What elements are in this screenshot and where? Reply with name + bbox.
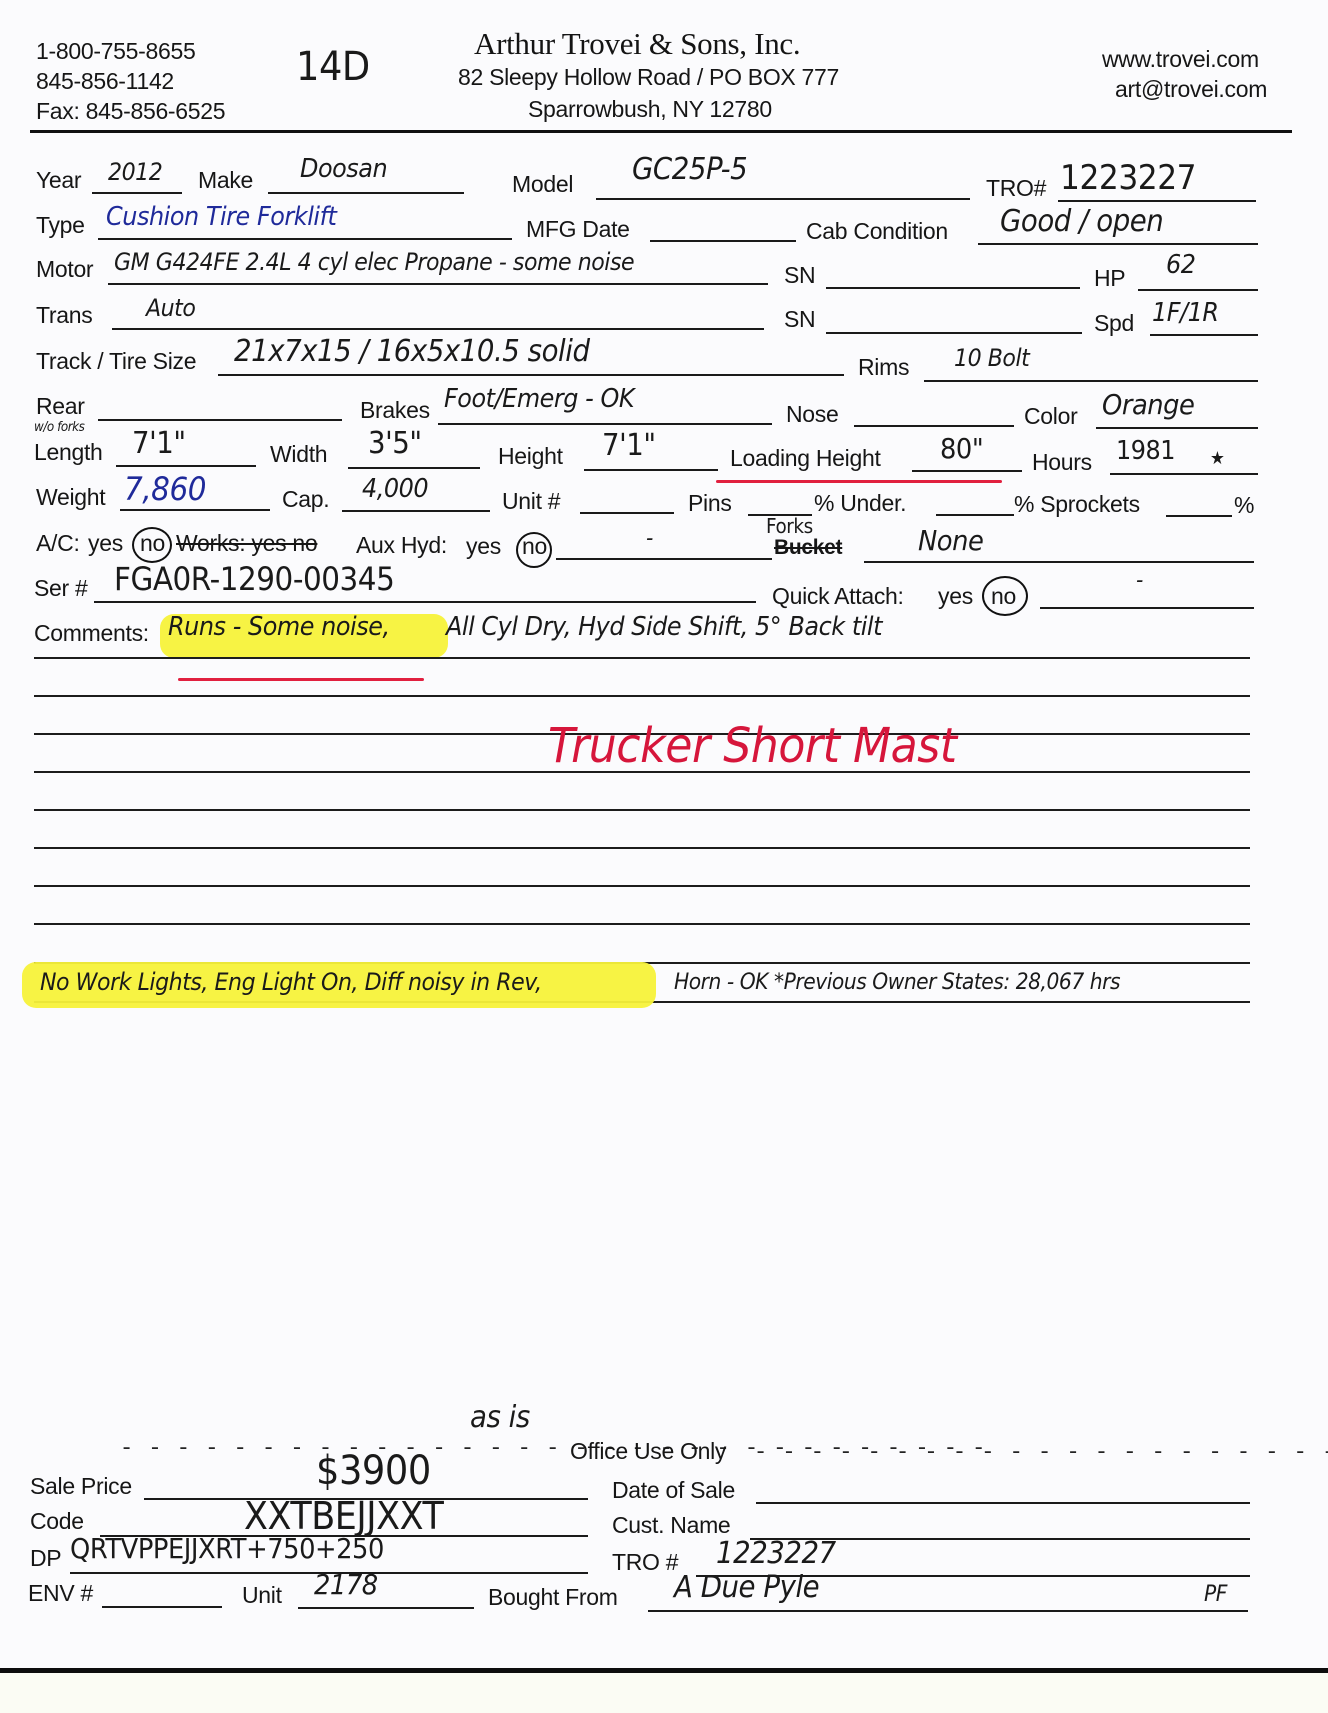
comment-line1-rest: All Cyl Dry, Hyd Side Shift, 5° Back til… (446, 612, 882, 642)
dp-label: DP (30, 1545, 61, 1572)
tire-size-label: Track / Tire Size (36, 348, 196, 375)
bought-from-label: Bought From (488, 1584, 618, 1611)
company-name: Arthur Trovei & Sons, Inc. (474, 26, 800, 62)
length-note: w/o forks (34, 420, 84, 435)
sale-price-value[interactable]: $3900 (316, 1448, 431, 1494)
brakes-label: Brakes (360, 397, 430, 424)
weight-value[interactable]: 7,860 (124, 470, 206, 508)
phone: 845-856-1142 (36, 68, 174, 95)
weight-label: Weight (36, 484, 105, 511)
sprockets-label: % Sprockets (1014, 491, 1140, 518)
comment-highlighted-1: Runs - Some noise, (168, 612, 390, 642)
comment-rule-8 (34, 923, 1250, 925)
model-label: Model (512, 171, 573, 198)
env-label: ENV # (28, 1580, 93, 1607)
cap-line (342, 510, 490, 512)
aux-hyd-yes-option[interactable]: yes (466, 533, 501, 560)
type-label: Type (36, 212, 85, 239)
office-title: Office Use Only (570, 1438, 726, 1465)
quick-attach-yes-option[interactable]: yes (938, 583, 973, 610)
unit-label-office: Unit (242, 1582, 282, 1609)
brakes-line (438, 423, 772, 425)
comment-rule-6 (34, 847, 1250, 849)
bought-from-value[interactable]: A Due Pyle (674, 1570, 819, 1605)
aux-hyd-value[interactable]: - (646, 526, 653, 551)
address-line1: 82 Sleepy Hollow Road / PO BOX 777 (458, 64, 839, 91)
env-line (102, 1606, 222, 1608)
aux-hyd-label: Aux Hyd: (356, 532, 447, 559)
dp-value[interactable]: QRTVPPEJJXRT+750+250 (70, 1532, 384, 1565)
comment-highlighted-2: No Work Lights, Eng Light On, Diff noisy… (40, 968, 542, 996)
length-line (116, 465, 256, 467)
tire-size-value[interactable]: 21x7x15 / 16x5x10.5 solid (234, 334, 590, 369)
bucket-label-struck: Bucket (774, 536, 842, 560)
loading-height-value[interactable]: 80" (940, 432, 983, 465)
office-tro-value[interactable]: 1223227 (716, 1536, 836, 1571)
sn1-label: SN (784, 262, 815, 289)
motor-label: Motor (36, 256, 93, 283)
office-dash-right: - - - - - - - - - - - - - - - - - - - - … (754, 1440, 1328, 1465)
as-is-note: as is (470, 1400, 530, 1435)
red-note: Trucker Short Mast (548, 718, 957, 774)
aux-hyd-line (556, 558, 772, 560)
cap-label: Cap. (282, 486, 329, 513)
hours-label: Hours (1032, 449, 1092, 476)
quick-attach-label: Quick Attach: (772, 583, 904, 610)
color-value[interactable]: Orange (1102, 388, 1194, 421)
height-label: Height (498, 443, 563, 470)
spd-value[interactable]: 1F/1R (1152, 298, 1219, 328)
unit-value-office[interactable]: 2178 (314, 1568, 378, 1601)
spd-line (1150, 334, 1258, 336)
code-label: Code (30, 1508, 84, 1535)
ser-value[interactable]: FGA0R-1290-00345 (114, 560, 394, 598)
ac-no-selected-circle (132, 527, 172, 563)
ac-yes-option[interactable]: yes (88, 530, 123, 557)
brakes-value[interactable]: Foot/Emerg - OK (444, 384, 634, 414)
bought-from-line (648, 1610, 1248, 1612)
motor-line (108, 283, 768, 285)
rear-line (98, 419, 342, 421)
model-line (596, 198, 970, 200)
unit-label: Unit # (502, 488, 560, 515)
cust-name-label: Cust. Name (612, 1512, 730, 1539)
make-value[interactable]: Doosan (300, 154, 387, 184)
bucket-value[interactable]: None (918, 524, 983, 557)
rims-value[interactable]: 10 Bolt (954, 344, 1029, 372)
quick-attach-line (1040, 607, 1254, 609)
loading-height-line (912, 470, 1022, 472)
hours-value[interactable]: 1981 (1116, 436, 1175, 466)
year-label: Year (36, 167, 81, 194)
model-value[interactable]: GC25P-5 (632, 152, 747, 187)
hp-line (1138, 289, 1258, 291)
comment-line9-rest: Horn - OK *Previous Owner States: 28,067… (674, 970, 1120, 995)
under-line (936, 514, 1014, 516)
rims-label: Rims (858, 354, 909, 381)
type-value[interactable]: Cushion Tire Forklift (106, 202, 336, 232)
cab-condition-line (978, 243, 1258, 245)
unit-line-office (298, 1607, 474, 1609)
make-label: Make (198, 167, 253, 194)
sprockets-suffix: % (1234, 492, 1254, 519)
tire-size-line (218, 374, 844, 376)
mfg-date-line (650, 240, 796, 242)
works-label-struck: Works: yes no (176, 530, 317, 557)
cab-condition-label: Cab Condition (806, 218, 948, 245)
nose-label: Nose (786, 401, 839, 428)
comments-label: Comments: (34, 620, 149, 647)
motor-value[interactable]: GM G424FE 2.4L 4 cyl elec Propane - some… (114, 248, 634, 276)
nose-line (854, 425, 1014, 427)
email-link[interactable]: art@trovei.com (1115, 76, 1267, 103)
tro-label: TRO# (986, 175, 1046, 202)
sprockets-line (1166, 515, 1232, 517)
tro-value[interactable]: 1223227 (1060, 158, 1196, 198)
rear-label: Rear (36, 393, 85, 420)
rims-line (924, 380, 1258, 382)
handwritten-code: 14D (296, 44, 370, 90)
comment-rule-5 (34, 809, 1250, 811)
hp-value[interactable]: 62 (1166, 250, 1196, 280)
forks-replacement: Forks (766, 514, 813, 538)
length-value[interactable]: 7'1" (132, 426, 186, 461)
bucket-line (864, 561, 1254, 563)
unit-line (580, 512, 674, 514)
height-line (584, 469, 718, 471)
year-value[interactable]: 2012 (108, 158, 162, 186)
quick-attach-value[interactable]: - (1136, 568, 1143, 593)
aux-hyd-no-selected-circle (516, 532, 552, 568)
fax: Fax: 845-856-6525 (36, 98, 225, 125)
pins-label: Pins (688, 490, 732, 517)
date-of-sale-line (756, 1502, 1250, 1504)
date-of-sale-label: Date of Sale (612, 1477, 735, 1504)
comment-rule-7 (34, 885, 1250, 887)
loading-height-label: Loading Height (730, 445, 881, 472)
sn2-label: SN (784, 306, 815, 333)
comment-red-underline (178, 678, 424, 681)
quick-attach-no-selected-circle (982, 576, 1028, 616)
website-link[interactable]: www.trovei.com (1102, 46, 1259, 73)
length-label: Length (34, 439, 103, 466)
phone-tollfree: 1-800-755-8655 (36, 38, 195, 65)
type-line (98, 238, 512, 240)
tro-line (1058, 200, 1256, 202)
trans-value[interactable]: Auto (146, 294, 195, 322)
mfg-date-label: MFG Date (526, 216, 630, 243)
cap-value[interactable]: 4,000 (362, 474, 428, 504)
height-value[interactable]: 7'1" (602, 428, 656, 463)
weight-line (120, 509, 270, 511)
office-tro-label: TRO # (612, 1549, 678, 1576)
width-label: Width (270, 441, 327, 468)
initials: PF (1204, 1582, 1227, 1607)
ser-line (94, 601, 756, 603)
sn1-line (826, 287, 1080, 289)
loading-height-red-underline (716, 480, 1002, 483)
ser-label: Ser # (34, 575, 87, 602)
cab-condition-value[interactable]: Good / open (1000, 204, 1163, 239)
width-value[interactable]: 3'5" (368, 426, 422, 461)
ac-label: A/C: (36, 530, 80, 557)
make-line (268, 192, 464, 194)
trans-label: Trans (36, 302, 92, 329)
page-bottom-edge (0, 1668, 1328, 1713)
hp-label: HP (1094, 265, 1125, 292)
hours-line (1110, 473, 1258, 475)
comment-rule-1 (34, 657, 1250, 659)
header-divider (30, 130, 1292, 133)
sn2-line (826, 332, 1082, 334)
trans-line (112, 328, 764, 330)
year-line (92, 192, 182, 194)
under-label: % Under. (814, 490, 906, 517)
address-line2: Sparrowbush, NY 12780 (528, 96, 772, 123)
comment-rule-2 (34, 695, 1250, 697)
color-label: Color (1024, 403, 1077, 430)
hours-star-mark: ★ (1210, 448, 1224, 469)
spd-label: Spd (1094, 310, 1134, 337)
color-line (1096, 427, 1258, 429)
sale-price-label: Sale Price (30, 1473, 132, 1500)
width-line (348, 467, 480, 469)
